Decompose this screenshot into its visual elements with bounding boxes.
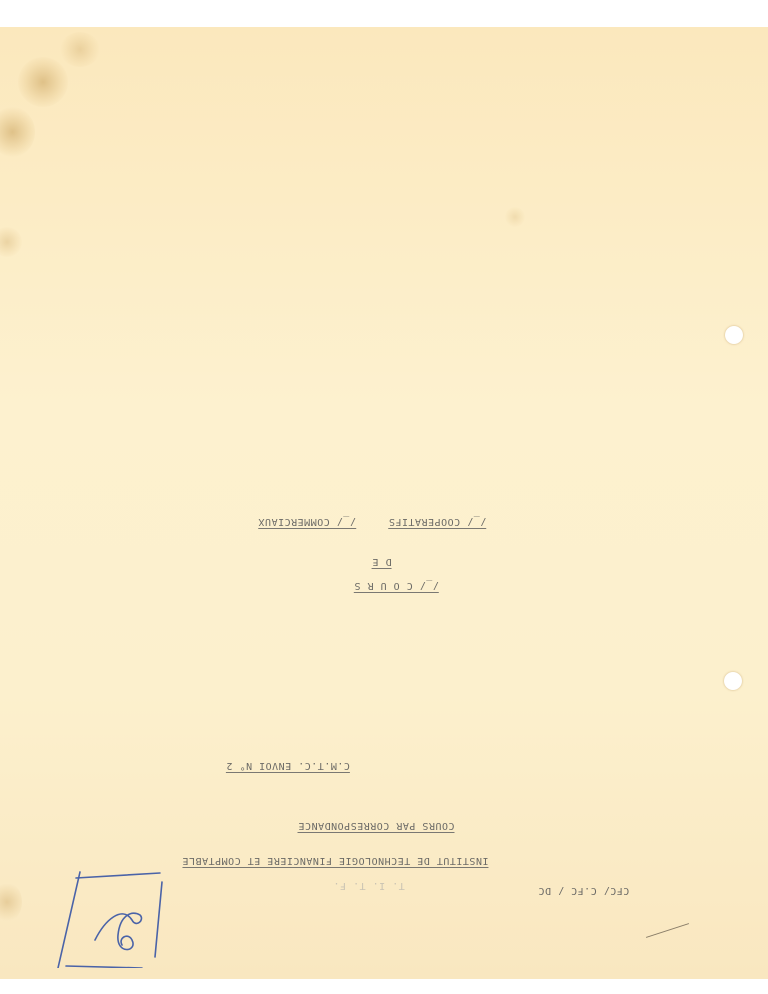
envoi-line: C.M.T.C. ENVOI N° 2 xyxy=(226,760,350,773)
punch-hole xyxy=(724,672,742,690)
handwritten-box-mark xyxy=(50,860,170,968)
stain xyxy=(60,32,100,67)
title-line-right: /_/ COMMERCIAUX xyxy=(258,516,356,529)
stain xyxy=(505,207,525,227)
reference-line: CFC/ C.FC / DC xyxy=(538,885,629,896)
title-line-3: /_/ COOPERATIFS /_/ COMMERCIAUX xyxy=(258,516,486,527)
faint-stamp: T. I. T. F. xyxy=(333,880,405,891)
stain xyxy=(0,107,35,157)
title-line-de: D E xyxy=(372,556,392,569)
punch-hole xyxy=(725,326,743,344)
stain xyxy=(0,882,22,922)
title-line-left: /_/ COOPERATIFS xyxy=(388,516,486,529)
document-page xyxy=(0,27,768,979)
title-line-cours: /_/ C O U R S xyxy=(354,580,439,593)
institute-line: INSTITUT DE TECHNOLOGIE FINANCIERE ET CO… xyxy=(182,855,488,868)
stain xyxy=(0,227,22,257)
stain xyxy=(18,57,68,107)
course-type-line: COURS PAR CORRESPONDANCE xyxy=(298,820,455,833)
